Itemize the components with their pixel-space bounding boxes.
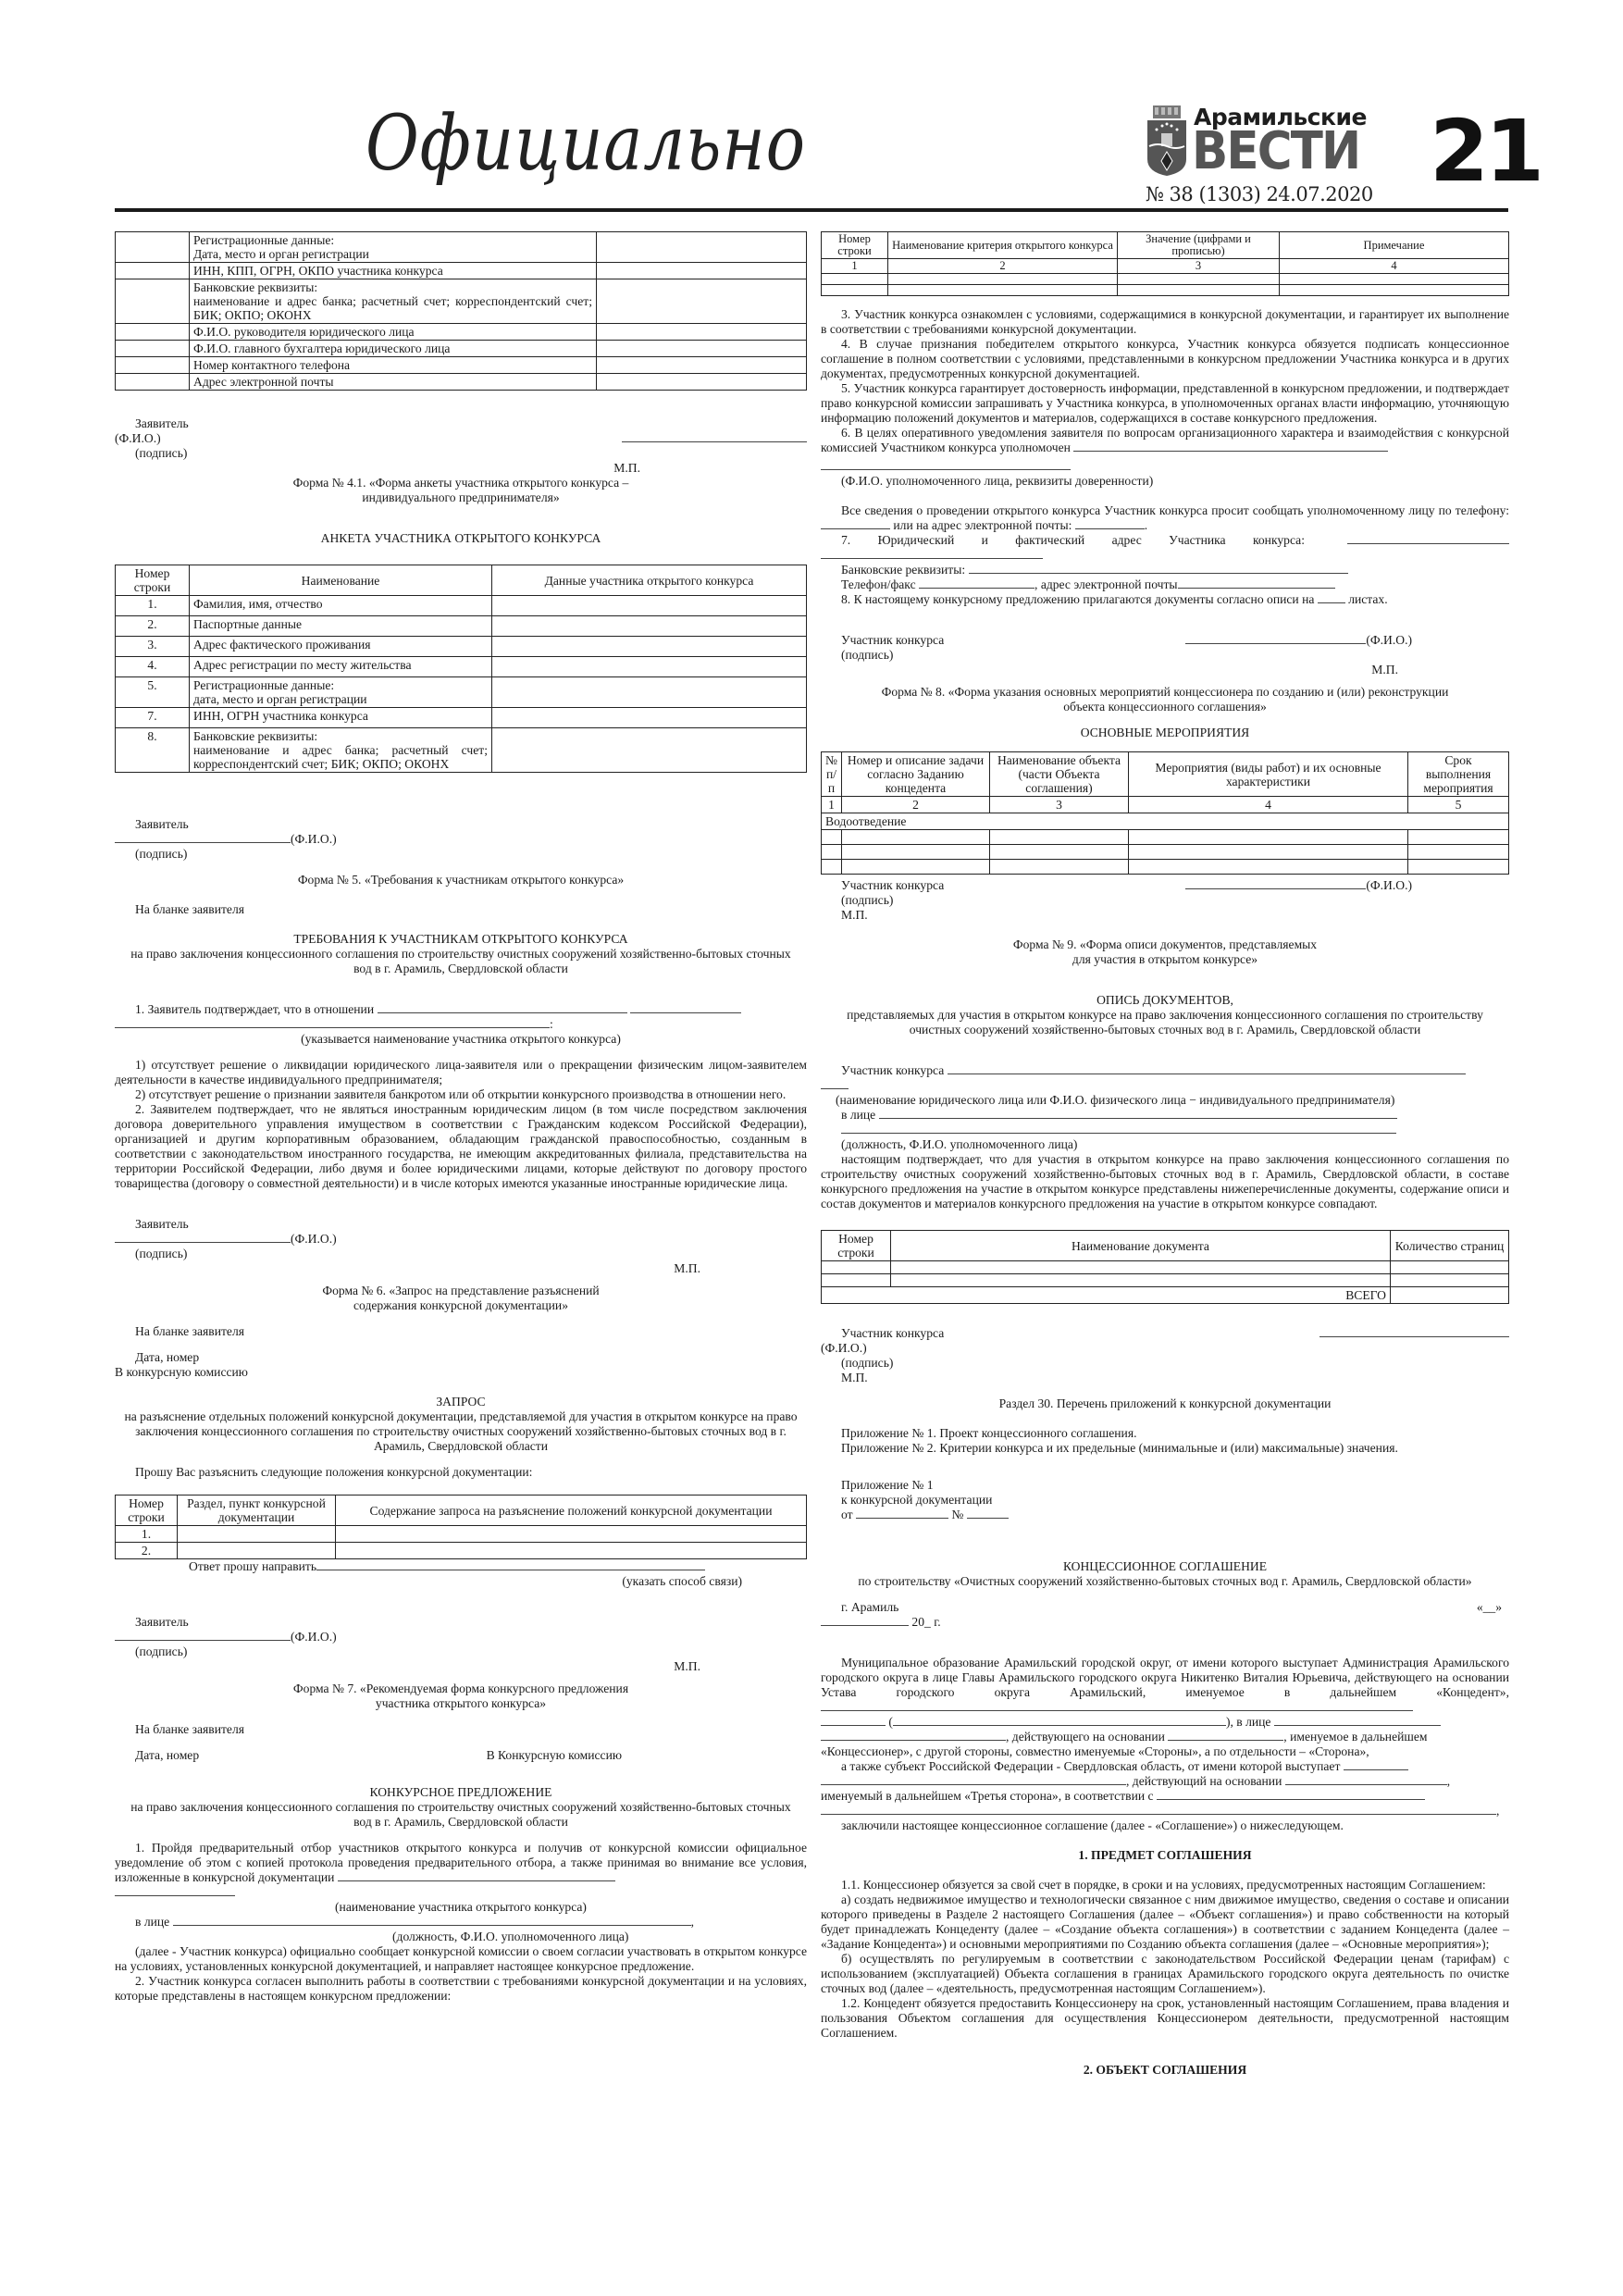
table-cell	[492, 677, 807, 708]
table-cell	[1407, 845, 1508, 860]
form-caption: Форма № 9. «Форма описи документов, пред…	[821, 937, 1509, 952]
fill-line	[1285, 1774, 1447, 1785]
applicant-label: Заявитель	[115, 416, 807, 431]
fill-line	[879, 1108, 1397, 1119]
participant-data-table: Регистрационные данные:Дата, место и орг…	[115, 231, 807, 391]
paragraph: 1.2. Концедент обязуется предоставить Ко…	[821, 1996, 1509, 2041]
table-cell	[841, 860, 989, 875]
fill-line	[841, 1123, 1396, 1134]
applicant-label: Заявитель	[115, 1217, 807, 1232]
form-caption: Форма № 4.1. «Форма анкеты участника отк…	[115, 476, 807, 490]
appendix-item: Приложение № 2. Критерии конкурса и их п…	[821, 1441, 1509, 1456]
fill-line	[821, 459, 1071, 470]
clarification-request-table: Номер строкиРаздел, пункт конкурсной док…	[115, 1495, 807, 1559]
table-cell	[597, 279, 807, 324]
table-cell	[1118, 285, 1280, 296]
email-label: , адрес электронной почты	[1035, 577, 1178, 591]
form-title: ОСНОВНЫЕ МЕРОПРИЯТИЯ	[821, 726, 1509, 740]
fio-label: (Ф.И.О.)	[291, 1232, 337, 1246]
table-row: Банковские реквизиты:наименование и адре…	[116, 279, 807, 324]
signature-label: (подпись)	[115, 1644, 807, 1659]
table-cell: 2	[888, 259, 1118, 274]
paragraph: а) создать недвижимое имущество и технол…	[821, 1893, 1509, 1952]
paragraph: (далее - Участник конкурса) официально с…	[115, 1944, 807, 1974]
number-fill-line	[967, 1508, 1009, 1519]
fill-line	[969, 563, 1348, 574]
table-cell	[597, 232, 807, 263]
letterhead-note: На бланке заявителя	[115, 902, 807, 917]
paragraph: 4. В случае признания победителем открыт…	[821, 337, 1509, 381]
table-cell	[116, 357, 190, 374]
paragraph: 1.1. Концессионер обязуется за свой счет…	[821, 1878, 1509, 1893]
field-note: (наименование участника открытого конкур…	[115, 1900, 807, 1915]
table-cell: ИНН, ОГРН участника конкурса	[190, 708, 492, 728]
table-cell	[822, 285, 888, 296]
table-header-cell: Наименование документа	[891, 1231, 1391, 1261]
fio-label: (Ф.И.О.)	[291, 1630, 337, 1644]
request-intro: Прошу Вас разъяснить следующие положения…	[115, 1465, 807, 1480]
table-header-cell: Номер строки	[116, 565, 190, 596]
table-cell	[597, 374, 807, 391]
table-header-cell: Номер строки	[822, 1231, 891, 1261]
signature-line	[115, 832, 291, 843]
seal-label: М.П.	[821, 663, 1509, 677]
left-column: Регистрационные данные:Дата, место и орг…	[115, 231, 807, 2004]
applicant-label: Заявитель	[115, 817, 807, 832]
fill-line	[1344, 1759, 1408, 1770]
phone-label: Телефон/факс	[841, 577, 916, 591]
reply-label: Ответ прошу направить	[189, 1559, 316, 1573]
table-header-cell: Раздел, пункт конкурсной документации	[178, 1496, 336, 1526]
table-cell	[597, 341, 807, 357]
signature-label: (подпись)	[115, 446, 807, 461]
fill-line	[821, 1700, 1413, 1711]
paragraph: 1. Заявитель подтверждает, что в отношен…	[135, 1002, 374, 1016]
newspaper-logo: Арамильские ВЕСТИ № 38 (1303) 24.07.2020	[1146, 105, 1423, 207]
table-cell	[116, 263, 190, 279]
table-cell	[1407, 860, 1508, 875]
issue-number-date: № 38 (1303) 24.07.2020	[1146, 183, 1373, 205]
signature-label: (подпись)	[821, 1356, 1509, 1371]
table-row	[822, 860, 1509, 875]
fill-line	[893, 1715, 1226, 1726]
seal-label: М.П.	[821, 908, 1509, 923]
form-title: ТРЕБОВАНИЯ К УЧАСТНИКАМ ОТКРЫТОГО КОНКУР…	[115, 932, 807, 947]
table-cell: Регистрационные данные:Дата, место и орг…	[190, 232, 597, 263]
table-row	[822, 1274, 1509, 1287]
table-row: 1.Фамилия, имя, отчество	[116, 596, 807, 616]
bank-label: Банковские реквизиты:	[841, 563, 965, 577]
table-header-row: № п/пНомер и описание задачи согласно За…	[822, 752, 1509, 797]
form-title: КОНКУРСНОЕ ПРЕДЛОЖЕНИЕ	[115, 1785, 807, 1800]
form-subtitle: на право заключения концессионного согла…	[115, 947, 807, 976]
table-header-cell: Значение (цифрами и прописью)	[1118, 232, 1280, 259]
fill-line	[1347, 533, 1509, 544]
table-cell	[989, 860, 1128, 875]
table-header-cell: № п/п	[822, 752, 842, 797]
fill-line	[630, 1002, 741, 1013]
fill-line	[1157, 1789, 1425, 1800]
table-header-cell: Наименование объекта (части Объекта согл…	[989, 752, 1128, 797]
section-title: Официально	[365, 100, 806, 188]
letterhead-note: На бланке заявителя	[115, 1722, 807, 1737]
section-heading: Раздел 30. Перечень приложений к конкурс…	[821, 1396, 1509, 1411]
masthead: Официально Арамильские ВЕСТИ № 38 (1303)…	[0, 0, 1623, 222]
table-cell: 3	[1118, 259, 1280, 274]
signature-line	[1319, 1326, 1509, 1337]
table-cell	[116, 279, 190, 324]
table-cell	[492, 637, 807, 657]
table-cell	[1128, 830, 1407, 845]
fill-line	[1318, 592, 1345, 603]
table-cell	[492, 596, 807, 616]
fio-label: (Ф.И.О.)	[1366, 878, 1412, 892]
fill-line	[378, 1002, 627, 1013]
participant-label: Участник конкурса	[841, 878, 944, 893]
field-note: (Ф.И.О. уполномоченного лица, реквизиты …	[821, 474, 1509, 489]
table-row	[822, 274, 1509, 285]
table-cell: 2.	[116, 1543, 178, 1559]
table-cell	[336, 1526, 807, 1543]
fill-line	[1178, 577, 1335, 589]
paragraph: «Концессионер», с другой стороны, совмес…	[821, 1744, 1509, 1759]
fill-line	[821, 1078, 849, 1089]
right-column: Номер строкиНаименование критерия открыт…	[821, 231, 1509, 2078]
table-header-cell: Срок выполнения мероприятия	[1407, 752, 1508, 797]
page-number: 21	[1430, 109, 1541, 194]
form-title: АНКЕТА УЧАСТНИКА ОТКРЫТОГО КОНКУРСА	[115, 531, 807, 546]
fill-line	[115, 1885, 235, 1896]
fio-label: (Ф.И.О.)	[291, 832, 337, 846]
table-cell: 4	[1128, 797, 1407, 813]
table-cell	[891, 1261, 1391, 1274]
table-cell	[822, 1274, 891, 1287]
seal-label: М.П.	[821, 1371, 1509, 1385]
form-subtitle: на разъяснение отдельных положений конку…	[115, 1409, 807, 1454]
table-cell: 5	[1407, 797, 1508, 813]
table-cell: Номер контактного телефона	[190, 357, 597, 374]
table-cell: Регистрационные данные:дата, место и орг…	[190, 677, 492, 708]
agreement-title: КОНЦЕССИОННОЕ СОГЛАШЕНИЕ	[821, 1559, 1509, 1574]
form-caption: Форма № 5. «Требования к участникам откр…	[115, 873, 807, 887]
table-cell	[116, 374, 190, 391]
table-header-cell: Наименование критерия открытого конкурса	[888, 232, 1118, 259]
table-cell: 8.	[116, 728, 190, 773]
table-cell	[597, 263, 807, 279]
fill-line	[1274, 1715, 1441, 1726]
seal-label: М.П.	[115, 461, 807, 476]
table-cell	[841, 845, 989, 860]
table-header-cell: Содержание запроса на разъяснение положе…	[336, 1496, 807, 1526]
signature-label: (подпись)	[821, 648, 1509, 663]
paragraph: именуемый в дальнейшем «Третья сторона»,…	[821, 1789, 1154, 1803]
fill-line	[948, 1063, 1466, 1074]
table-cell: 4	[1280, 259, 1509, 274]
form-caption-cont: объекта концессионного соглашения»	[821, 700, 1509, 714]
fill-line	[173, 1915, 691, 1926]
table-cell	[1280, 274, 1509, 285]
appendix-label: Приложение № 1	[821, 1478, 1509, 1493]
table-cell	[1118, 274, 1280, 285]
signature-label: (подпись)	[115, 1247, 807, 1261]
field-note: (должность, Ф.И.О. уполномоченного лица)	[115, 1930, 807, 1944]
signature-label: (подпись)	[821, 893, 1509, 908]
fill-line	[821, 1804, 1496, 1815]
city-label: г. Арамиль	[841, 1600, 898, 1615]
paragraph: 7. Юридический и фактический адрес Участ…	[841, 533, 1305, 548]
table-header-cell: Примечание	[1280, 232, 1509, 259]
date-fill-line	[856, 1508, 948, 1519]
paragraph: Все сведения о проведении открытого конк…	[821, 503, 1509, 533]
field-note: (указывается наименование участника откр…	[115, 1032, 807, 1047]
in-person-label: в лице	[841, 1108, 875, 1122]
total-row: ВСЕГО	[822, 1287, 1509, 1304]
table-cell	[888, 274, 1118, 285]
appendix-item: Приложение № 1. Проект концессионного со…	[821, 1426, 1509, 1441]
table-cell	[116, 324, 190, 341]
table-row: Ф.И.О. главного бухгалтера юридического …	[116, 341, 807, 357]
in-person-label: в лице	[135, 1915, 169, 1929]
table-row	[822, 285, 1509, 296]
fio-label: (Ф.И.О.)	[821, 1341, 1509, 1356]
signature-label: (подпись)	[115, 847, 807, 862]
date-number-label: Дата, номер	[115, 1350, 807, 1365]
fill-line	[821, 1774, 1126, 1785]
table-cell: Фамилия, имя, отчество	[190, 596, 492, 616]
table-header-row: Номер строкиНаименование критерия открыт…	[822, 232, 1509, 259]
fio-label: (Ф.И.О.)	[1366, 633, 1412, 647]
table-cell	[822, 860, 842, 875]
table-cell	[891, 1274, 1391, 1287]
fill-line	[1168, 1730, 1283, 1741]
table-cell	[1391, 1287, 1509, 1304]
form-caption-cont: содержания конкурсной документации»	[115, 1298, 807, 1313]
table-cell: Адрес электронной почты	[190, 374, 597, 391]
table-cell: 3	[989, 797, 1128, 813]
fill-line	[821, 548, 1043, 559]
table-cell: 1	[822, 797, 842, 813]
paragraph: 2. Заявителем подтверждает, что не являт…	[115, 1102, 807, 1191]
table-header-cell: Номер строки	[822, 232, 888, 259]
table-cell	[1391, 1261, 1509, 1274]
table-row: Адрес электронной почты	[116, 374, 807, 391]
main-activities-table: № п/пНомер и описание задачи согласно За…	[821, 751, 1509, 875]
table-cell	[336, 1543, 807, 1559]
table-cell: 5.	[116, 677, 190, 708]
table-header-cell: Номер строки	[116, 1496, 178, 1526]
table-cell	[1128, 860, 1407, 875]
table-cell	[822, 845, 842, 860]
group-row: Водоотведение	[822, 813, 1509, 830]
table-cell: 3.	[116, 637, 190, 657]
signature-line	[115, 1630, 291, 1641]
participant-label: Участник конкурса	[841, 1326, 944, 1341]
brand-main: ВЕСТИ	[1192, 124, 1359, 180]
agreement-subtitle: по строительству «Очистных сооружений хо…	[821, 1574, 1509, 1589]
signature-line	[622, 431, 807, 442]
table-header-cell: Мероприятия (виды работ) и их основные х…	[1128, 752, 1407, 797]
fio-label: (Ф.И.О.)	[115, 431, 161, 446]
table-row: Регистрационные данные:Дата, место и орг…	[116, 232, 807, 263]
letterhead-note: На бланке заявителя	[115, 1324, 807, 1339]
field-note: (указать способ связи)	[115, 1574, 807, 1589]
table-cell	[178, 1543, 336, 1559]
form-title: ОПИСЬ ДОКУМЕНТОВ,	[821, 993, 1509, 1008]
table-row: 4.Адрес регистрации по месту жительства	[116, 657, 807, 677]
form-caption-cont: индивидуального предпринимателя»	[115, 490, 807, 505]
table-row: Ф.И.О. руководителя юридического лица	[116, 324, 807, 341]
signature-line	[1185, 878, 1366, 889]
participant-label: Участник конкурса	[841, 633, 944, 648]
paragraph: б) осуществлять по регулируемым в соотве…	[821, 1952, 1509, 1996]
section-heading: 1. ПРЕДМЕТ СОГЛАШЕНИЯ	[821, 1848, 1509, 1863]
section-heading: 2. ОБЪЕКТ СОГЛАШЕНИЯ	[821, 2063, 1509, 2078]
table-cell	[822, 1261, 891, 1274]
paragraph: 2) отсутствует решение о признании заяви…	[115, 1087, 807, 1102]
field-note: (наименование юридического лица или Ф.И.…	[821, 1093, 1509, 1108]
fill-line	[821, 1730, 1006, 1741]
table-cell	[1128, 845, 1407, 860]
table-row: 1.	[116, 1526, 807, 1543]
paragraph: 3. Участник конкурса ознакомлен с услови…	[821, 307, 1509, 337]
fill-line	[115, 1017, 550, 1028]
field-note: (должность, Ф.И.О. уполномоченного лица)	[821, 1137, 1509, 1152]
paragraph: 5. Участник конкурса гарантирует достове…	[821, 381, 1509, 426]
table-cell	[1280, 285, 1509, 296]
table-cell	[888, 285, 1118, 296]
signature-line	[1185, 633, 1366, 644]
table-row	[822, 830, 1509, 845]
form-subtitle: представляемых для участия в открытом ко…	[821, 1008, 1509, 1037]
table-cell	[116, 232, 190, 263]
header-rule	[115, 208, 1508, 212]
table-cell: 7.	[116, 708, 190, 728]
table-row: 3.Адрес фактического проживания	[116, 637, 807, 657]
table-cell	[492, 616, 807, 637]
documents-inventory-table: Номер строкиНаименование документаКоличе…	[821, 1230, 1509, 1304]
addressee: В Конкурсную комиссию	[487, 1748, 622, 1763]
table-row: 7.ИНН, ОГРН участника конкурса	[116, 708, 807, 728]
fill-line	[1073, 441, 1388, 452]
seal-label: М.П.	[115, 1261, 807, 1276]
fill-line	[821, 1715, 886, 1726]
paragraph: 2. Участник конкурса согласен выполнить …	[115, 1974, 807, 2004]
criteria-table: Номер строкиНаименование критерия открыт…	[821, 231, 1509, 296]
table-cell: Банковские реквизиты:наименование и адре…	[190, 279, 597, 324]
fill-line	[821, 1615, 909, 1626]
form-caption-cont: для участия в открытом конкурсе»	[821, 952, 1509, 967]
fill-line	[316, 1559, 705, 1570]
table-row: ИНН, КПП, ОГРН, ОКПО участника конкурса	[116, 263, 807, 279]
paragraph: 8. К настоящему конкурсному предложению …	[841, 592, 1314, 606]
table-cell	[492, 728, 807, 773]
form-caption: Форма № 6. «Запрос на представление разъ…	[115, 1284, 807, 1298]
table-header-cell: Данные участника открытого конкурса	[492, 565, 807, 596]
form-title: ЗАПРОС	[115, 1395, 807, 1409]
email-fill-line	[1075, 518, 1145, 529]
table-cell	[822, 830, 842, 845]
signature-line	[115, 1232, 291, 1243]
table-cell: Адрес регистрации по месту жительства	[190, 657, 492, 677]
table-cell: Банковские реквизиты:наименование и адре…	[190, 728, 492, 773]
seal-label: М.П.	[115, 1659, 807, 1674]
paragraph: а также субъект Российской Федерации - С…	[841, 1759, 1340, 1773]
city-coat-of-arms-icon	[1146, 105, 1188, 176]
table-cell: 1.	[116, 1526, 178, 1543]
form-caption: Форма № 8. «Форма указания основных меро…	[821, 685, 1509, 700]
table-header-row: Номер строкиНаименованиеДанные участника…	[116, 565, 807, 596]
table-row: 8.Банковские реквизиты:наименование и ад…	[116, 728, 807, 773]
form-caption-cont: участника открытого конкурса»	[115, 1696, 807, 1711]
table-cell: 1.	[116, 596, 190, 616]
form-caption: Форма № 7. «Рекомендуемая форма конкурсн…	[115, 1682, 807, 1696]
paragraph: 1) отсутствует решение о ликвидации юрид…	[115, 1058, 807, 1087]
table-cell	[597, 357, 807, 374]
column-number-row: 1234	[822, 259, 1509, 274]
date-number-label: Дата, номер	[135, 1748, 199, 1763]
table-row: Номер контактного телефона	[116, 357, 807, 374]
table-cell: 2.	[116, 616, 190, 637]
table-cell	[1407, 830, 1508, 845]
table-cell	[492, 657, 807, 677]
table-header-cell: Номер и описание задачи согласно Заданию…	[841, 752, 989, 797]
table-cell	[822, 274, 888, 285]
table-cell	[989, 845, 1128, 860]
participant-label: Участник конкурса	[841, 1063, 944, 1077]
table-cell: 2	[841, 797, 989, 813]
table-row: 2.	[116, 1543, 807, 1559]
phone-fill-line	[821, 518, 890, 529]
table-header-cell: Наименование	[190, 565, 492, 596]
table-cell: Адрес фактического проживания	[190, 637, 492, 657]
table-cell: 1	[822, 259, 888, 274]
table-cell	[1391, 1274, 1509, 1287]
table-cell: 4.	[116, 657, 190, 677]
questionnaire-table: Номер строкиНаименованиеДанные участника…	[115, 565, 807, 773]
table-row	[822, 845, 1509, 860]
fill-line	[919, 577, 1035, 589]
table-cell	[597, 324, 807, 341]
addressee: В конкурсную комиссию	[115, 1365, 807, 1380]
table-cell: ВСЕГО	[822, 1287, 1391, 1304]
table-cell: ИНН, КПП, ОГРН, ОКПО участника конкурса	[190, 263, 597, 279]
applicant-label: Заявитель	[115, 1615, 807, 1630]
appendix-label: к конкурсной документации	[821, 1493, 1509, 1508]
table-row	[822, 1261, 1509, 1274]
fill-line	[338, 1870, 615, 1881]
paragraph: Муниципальное образование Арамильский го…	[821, 1656, 1509, 1699]
column-number-row: 12345	[822, 797, 1509, 813]
form-subtitle: на право заключения концессионного согла…	[115, 1800, 807, 1830]
table-header-cell: Количество страниц	[1391, 1231, 1509, 1261]
paragraph: настоящим подтверждает, что для участия …	[821, 1152, 1509, 1211]
table-cell	[841, 830, 989, 845]
date-year: 20_ г.	[911, 1615, 940, 1629]
table-cell	[116, 341, 190, 357]
table-cell: Паспортные данные	[190, 616, 492, 637]
table-cell: Водоотведение	[822, 813, 1509, 830]
paragraph: заключили настоящее концессионное соглаш…	[821, 1818, 1509, 1833]
table-header-row: Номер строкиНаименование документаКоличе…	[822, 1231, 1509, 1261]
table-cell: Ф.И.О. руководителя юридического лица	[190, 324, 597, 341]
table-row: 5.Регистрационные данные:дата, место и о…	[116, 677, 807, 708]
table-row: 2.Паспортные данные	[116, 616, 807, 637]
table-cell: Ф.И.О. главного бухгалтера юридического …	[190, 341, 597, 357]
table-cell	[492, 708, 807, 728]
table-header-row: Номер строкиРаздел, пункт конкурсной док…	[116, 1496, 807, 1526]
table-cell	[989, 830, 1128, 845]
date-day: «__»	[1477, 1600, 1502, 1615]
